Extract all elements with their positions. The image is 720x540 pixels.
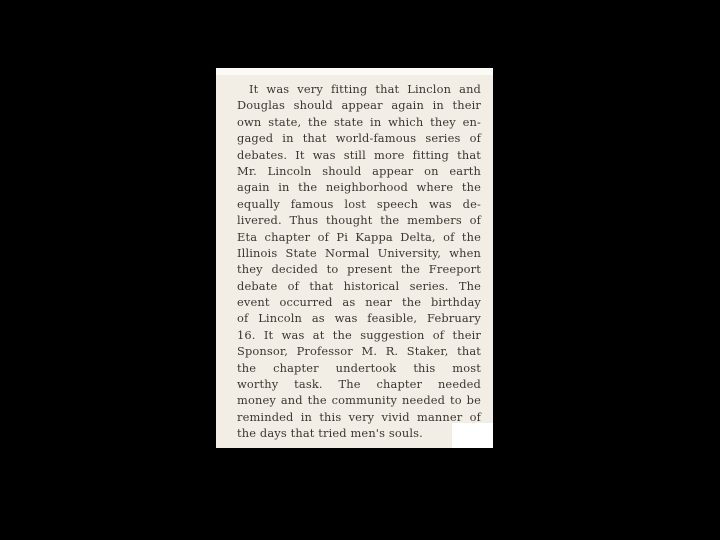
text-line: worthy task. The chapter needed <box>237 376 481 392</box>
text-line: the days that tried men's souls. <box>237 425 481 441</box>
text-line: event occurred as near the birthday <box>237 294 481 310</box>
text-line: own state, the state in which they en- <box>237 114 481 130</box>
text-line: of Lincoln as was feasible, February <box>237 310 481 326</box>
text-line: debate of that historical series. The <box>237 278 481 294</box>
text-line: Eta chapter of Pi Kappa Delta, of the <box>237 229 481 245</box>
text-line: debates. It was still more fitting that <box>237 147 481 163</box>
text-line: Douglas should appear again in their <box>237 97 481 113</box>
scanned-newspaper-clipping: It was very fitting that Linclon and Dou… <box>216 68 493 448</box>
text-line: livered. Thus thought the members of <box>237 212 481 228</box>
text-line: 16. It was at the suggestion of their <box>237 327 481 343</box>
article-paragraph: It was very fitting that Linclon and Dou… <box>237 81 481 442</box>
text-line: It was very fitting that Linclon and <box>237 81 481 97</box>
text-line: Illinois State Normal University, when <box>237 245 481 261</box>
scan-corner-patch <box>452 423 493 448</box>
text-line: Sponsor, Professor M. R. Staker, that <box>237 343 481 359</box>
text-line: gaged in that world-famous series of <box>237 130 481 146</box>
text-line: again in the neighborhood where the <box>237 179 481 195</box>
text-line: they decided to present the Freeport <box>237 261 481 277</box>
text-line: money and the community needed to be <box>237 392 481 408</box>
text-line: the chapter undertook this most <box>237 360 481 376</box>
scan-edge-strip <box>216 68 493 75</box>
text-line: reminded in this very vivid manner of <box>237 409 481 425</box>
text-line: equally famous lost speech was de- <box>237 196 481 212</box>
text-line: Mr. Lincoln should appear on earth <box>237 163 481 179</box>
